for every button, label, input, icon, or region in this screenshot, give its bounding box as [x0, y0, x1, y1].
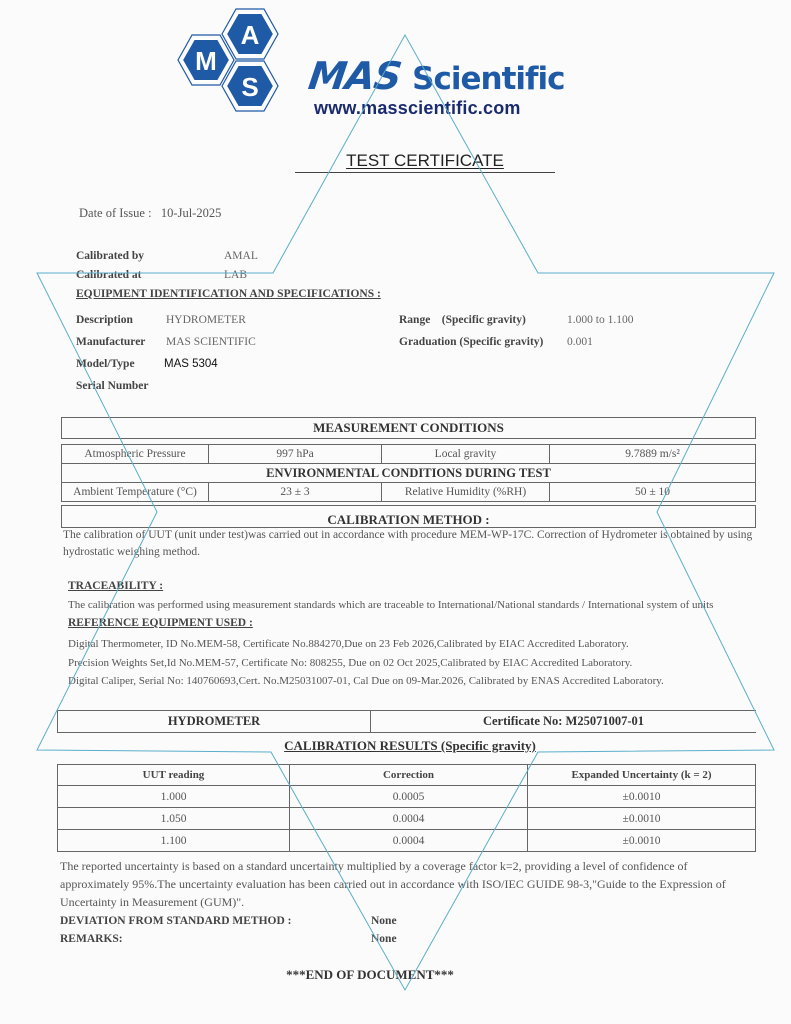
deviation-value: None [371, 915, 397, 927]
deviation-label: DEVIATION FROM STANDARD METHOD : [60, 915, 292, 927]
hexagon-logo-icon: M A S [172, 8, 307, 116]
traceability-heading: TRACEABILITY : [68, 580, 163, 592]
column-header: Correction [290, 765, 528, 786]
measurement-conditions-table: Atmospheric Pressure 997 hPa Local gravi… [61, 444, 756, 502]
model-type-label: Model/Type [76, 358, 135, 370]
temperature-label: Ambient Temperature (°C) [62, 483, 209, 502]
svg-text:M: M [195, 46, 217, 76]
pressure-label: Atmospheric Pressure [62, 445, 209, 464]
correction: 0.0004 [290, 830, 528, 852]
brand-url: www.masscientific.com [314, 98, 521, 119]
column-header: Expanded Uncertainty (k = 2) [528, 765, 756, 786]
uut-reading: 1.050 [58, 808, 290, 830]
certificate-item: HYDROMETER [58, 711, 371, 733]
end-of-document: ***END OF DOCUMENT*** [0, 967, 740, 983]
certificate-bar: HYDROMETER Certificate No: M25071007-01 [57, 710, 756, 733]
column-header: UUT reading [58, 765, 290, 786]
calibration-method-text: The calibration of UUT (unit under test)… [63, 527, 753, 561]
measurement-conditions-heading: MEASUREMENT CONDITIONS [61, 417, 756, 439]
pressure-value: 997 hPa [209, 445, 382, 464]
range-label: Range (Specific gravity) [399, 314, 526, 326]
uncertainty-note: The reported uncertainty is based on a s… [60, 857, 750, 911]
humidity-value: 50 ± 10 [550, 483, 756, 502]
traceability-text: The calibration was performed using meas… [68, 597, 713, 614]
calibration-method-heading: CALIBRATION METHOD : [61, 505, 756, 528]
reference-equipment-item: Precision Weights Set,Id No.MEM-57, Cert… [68, 655, 632, 672]
model-type-value: MAS 5304 [164, 358, 218, 370]
reference-equipment-heading: REFERENCE EQUIPMENT USED : [68, 617, 253, 629]
serial-number-label: Serial Number [76, 380, 149, 392]
remarks-label: REMARKS: [60, 933, 123, 945]
humidity-label: Relative Humidity (%RH) [382, 483, 550, 502]
expanded-uncertainty: ±0.0010 [528, 830, 756, 852]
description-value: HYDROMETER [166, 314, 246, 326]
table-row: 1.050 0.0004 ±0.0010 [58, 808, 756, 830]
reference-equipment-item: Digital Caliper, Serial No: 140760693,Ce… [68, 673, 664, 690]
table-row: 1.100 0.0004 ±0.0010 [58, 830, 756, 852]
date-of-issue: Date of Issue : 10-Jul-2025 [79, 206, 221, 221]
certificate-number: Certificate No: M25071007-01 [371, 711, 757, 733]
document-title: TEST CERTIFICATE [295, 151, 555, 173]
gravity-value: 9.7889 m/s² [550, 445, 756, 464]
range-value: 1.000 to 1.100 [567, 314, 633, 326]
graduation-value: 0.001 [567, 336, 593, 348]
calibrated-at-value: LAB [224, 269, 247, 281]
table-row: 1.000 0.0005 ±0.0010 [58, 786, 756, 808]
brand-name: MAS Scientific [309, 54, 565, 98]
calibration-results-heading: CALIBRATION RESULTS (Specific gravity) [0, 738, 791, 754]
calibration-results-table: UUT reading Correction Expanded Uncertai… [57, 764, 756, 852]
correction: 0.0004 [290, 808, 528, 830]
manufacturer-value: MAS SCIENTIFIC [166, 336, 256, 348]
environmental-conditions-heading: ENVIRONMENTAL CONDITIONS DURING TEST [62, 464, 756, 483]
table-header-row: UUT reading Correction Expanded Uncertai… [58, 765, 756, 786]
remarks-value: None [371, 933, 397, 945]
description-label: Description [76, 314, 133, 326]
reference-equipment-item: Digital Thermometer, ID No.MEM-58, Certi… [68, 636, 629, 653]
company-logo: M A S MAS Scientific www.masscientific.c… [172, 8, 567, 116]
svg-text:A: A [241, 20, 260, 50]
expanded-uncertainty: ±0.0010 [528, 808, 756, 830]
temperature-value: 23 ± 3 [209, 483, 382, 502]
equipment-heading: EQUIPMENT IDENTIFICATION AND SPECIFICATI… [76, 288, 381, 300]
calibrated-by-value: AMAL [224, 250, 258, 262]
uut-reading: 1.100 [58, 830, 290, 852]
correction: 0.0005 [290, 786, 528, 808]
calibrated-by-label: Calibrated by [76, 250, 144, 262]
svg-text:S: S [241, 72, 258, 102]
gravity-label: Local gravity [382, 445, 550, 464]
calibrated-at-label: Calibrated at [76, 269, 141, 281]
manufacturer-label: Manufacturer [76, 336, 145, 348]
graduation-label: Graduation (Specific gravity) [399, 336, 543, 348]
expanded-uncertainty: ±0.0010 [528, 786, 756, 808]
uut-reading: 1.000 [58, 786, 290, 808]
